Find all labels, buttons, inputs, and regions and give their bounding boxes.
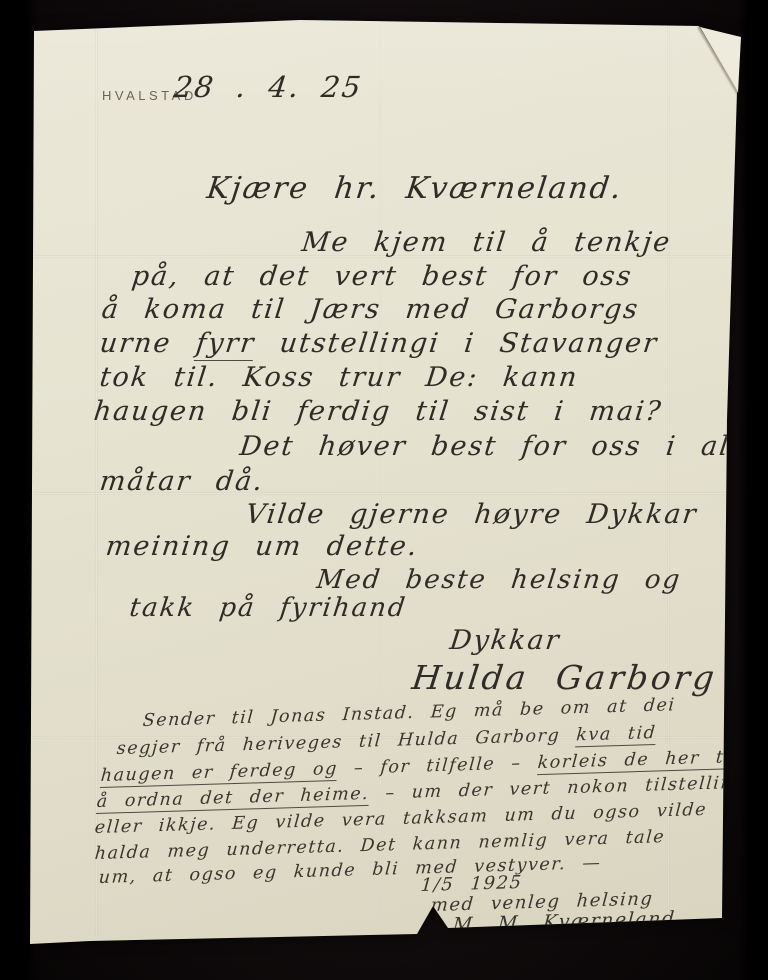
postscript-line-3-underlined-a: haugen er ferdeg og [100, 759, 339, 788]
letter-line-6: haugen bli ferdig til sist i mai? [92, 397, 664, 427]
letter-line-4-underlined-word: fyrr [194, 328, 257, 361]
letter-line-10: meining um dette. [104, 532, 420, 562]
letter-line-7: Det høver best for oss i alle [238, 432, 760, 462]
letter-line-4: urne fyrr utstellingi i Stavanger [98, 329, 660, 359]
letter-line-5: tok til. Koss trur De: kann [98, 363, 580, 393]
postscript-line-4-part-b: – um der vert nokon tilstelling [368, 773, 746, 804]
letter-line-2: på, at det vert best for oss [130, 262, 634, 292]
salutation: Kjære hr. Kværneland. [205, 172, 625, 205]
letter-paper-wrap: HVALSTAD 28 . 4. 25 Kjære hr. Kværneland… [0, 0, 768, 980]
closing-line-3: Dykkar [448, 626, 562, 656]
letter-line-3: å koma til Jærs med Garborgs [100, 295, 641, 325]
postscript-signature: M. M. Kværneland [452, 908, 676, 935]
postscript-line-3-underlined-c: korleis de her tenkjer [537, 746, 768, 775]
postscript-line-4-underlined: å ordna det der heime. [96, 784, 370, 814]
scanned-letter-photo: HVALSTAD 28 . 4. 25 Kjære hr. Kværneland… [0, 0, 768, 980]
sender-signature: Hulda Garborg [410, 660, 719, 696]
closing-line-2: takk på fyrihand [128, 594, 408, 623]
letterhead-date-handwritten: 28 . 4. 25 [172, 72, 364, 104]
letter-line-1: Me kjem til å tenkje [300, 228, 673, 258]
closing-line-1: Med beste helsing og [315, 566, 683, 595]
letter-line-4-part-c: utstellingi i Stavanger [253, 328, 660, 359]
postscript-line-2-underlined: kva tid [575, 723, 657, 747]
letter-line-4-part-a: urne [98, 328, 198, 359]
postscript-line-3-part-b: – for tilfelle – [337, 753, 538, 779]
fold-crease-vertical-right [667, 24, 670, 934]
letter-paper: HVALSTAD 28 . 4. 25 Kjære hr. Kværneland… [0, 0, 768, 980]
letter-line-8: måtar då. [98, 467, 266, 497]
letter-line-9: Vilde gjerne høyre Dykkar [244, 500, 699, 530]
